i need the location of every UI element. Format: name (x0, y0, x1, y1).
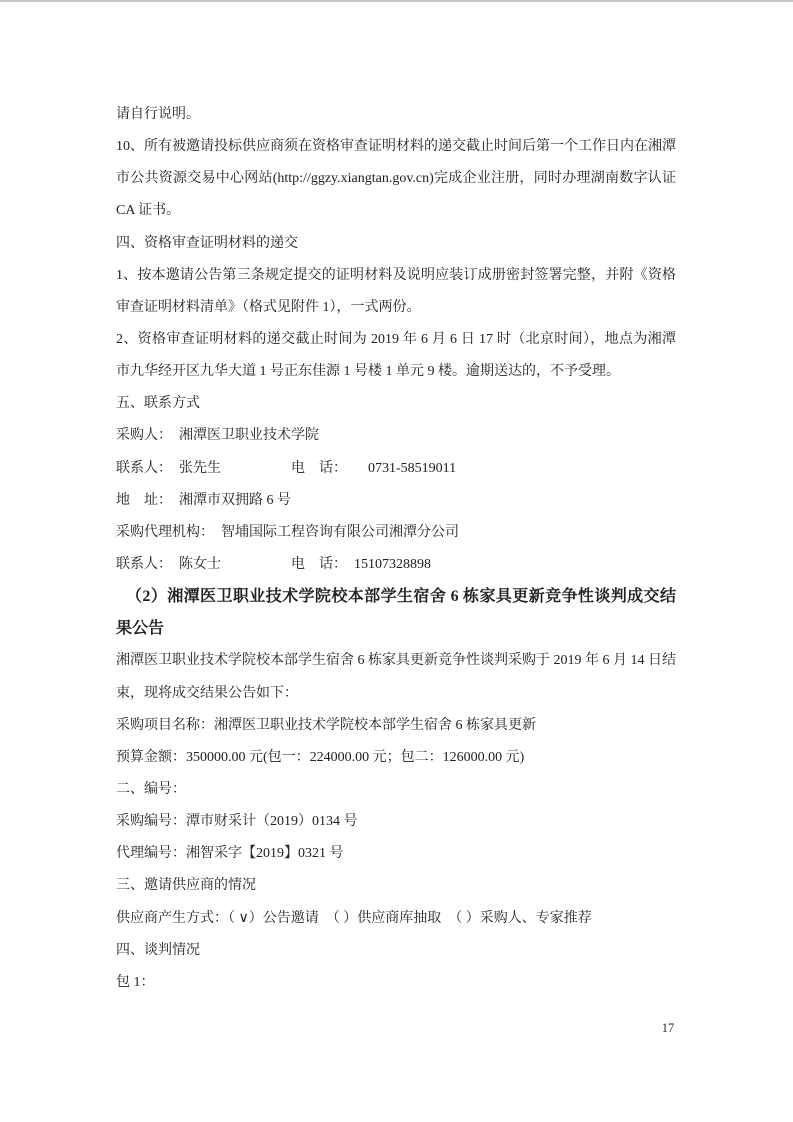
result-title-line-2: 果公告 (116, 613, 676, 645)
purchase-number-line: 采购编号：潭市财采计（2019）0134 号 (116, 806, 676, 838)
agency-line: 采购代理机构： 智埔国际工程咨询有限公司湘潭分公司 (116, 517, 676, 549)
supplier-method-line: 供应商产生方式：（ ∨）公告邀请 （ ）供应商库抽取 （ ）采购人、专家推荐 (116, 903, 676, 935)
doc-line: 10、所有被邀请投标供应商须在资格审查证明材料的递交截止时间后第一个工作日内在湘… (116, 131, 676, 163)
section-heading-4: 四、资格审查证明材料的递交 (116, 228, 676, 260)
doc-line: 请自行说明。 (116, 99, 676, 131)
section-heading-4b: 四、谈判情况 (116, 935, 676, 967)
section-heading-3: 三、邀请供应商的情况 (116, 870, 676, 902)
contact-line: 联系人： 陈女士 电 话： 15107328898 (116, 549, 676, 581)
doc-line: 1、按本邀请公告第三条规定提交的证明材料及说明应装订成册密封签署完整，并附《资格 (116, 260, 676, 292)
result-title-line-1: （2）湘潭医卫职业技术学院校本部学生宿舍 6 栋家具更新竞争性谈判成交结 (116, 581, 676, 613)
project-name-line: 采购项目名称：湘潭医卫职业技术学院校本部学生宿舍 6 栋家具更新 (116, 710, 676, 742)
doc-line: 市九华经开区九华大道 1 号正东佳源 1 号楼 1 单元 9 楼。逾期送达的，不… (116, 356, 676, 388)
purchaser-line: 采购人： 湘潭医卫职业技术学院 (116, 420, 676, 452)
doc-line: 2、资格审查证明材料的递交截止时间为 2019 年 6 月 6 日 17 时（北… (116, 324, 676, 356)
section-heading-2: 二、编号： (116, 774, 676, 806)
document-body: 请自行说明。 10、所有被邀请投标供应商须在资格审查证明材料的递交截止时间后第一… (116, 99, 676, 999)
agency-number-line: 代理编号：湘智采字【2019】0321 号 (116, 838, 676, 870)
doc-line: 束，现将成交结果公告如下： (116, 678, 676, 710)
section-heading-5: 五、联系方式 (116, 388, 676, 420)
doc-line: CA 证书。 (116, 195, 676, 227)
document-page: 请自行说明。 10、所有被邀请投标供应商须在资格审查证明材料的递交截止时间后第一… (0, 0, 793, 1122)
doc-line: 湘潭医卫职业技术学院校本部学生宿舍 6 栋家具更新竞争性谈判采购于 2019 年… (116, 645, 676, 677)
package-1-line: 包 1： (116, 967, 676, 999)
doc-line: 市公共资源交易中心网站(http://ggzy.xiangtan.gov.cn)… (116, 163, 676, 195)
contact-line: 联系人： 张先生 电 话： 0731-58519011 (116, 453, 676, 485)
budget-line: 预算金额：350000.00 元(包一：224000.00 元；包二：12600… (116, 742, 676, 774)
page-number: 17 (648, 1018, 688, 1038)
address-line: 地 址： 湘潭市双拥路 6 号 (116, 485, 676, 517)
doc-line: 审查证明材料清单》（格式见附件 1），一式两份。 (116, 292, 676, 324)
page-top-edge (0, 0, 793, 2)
